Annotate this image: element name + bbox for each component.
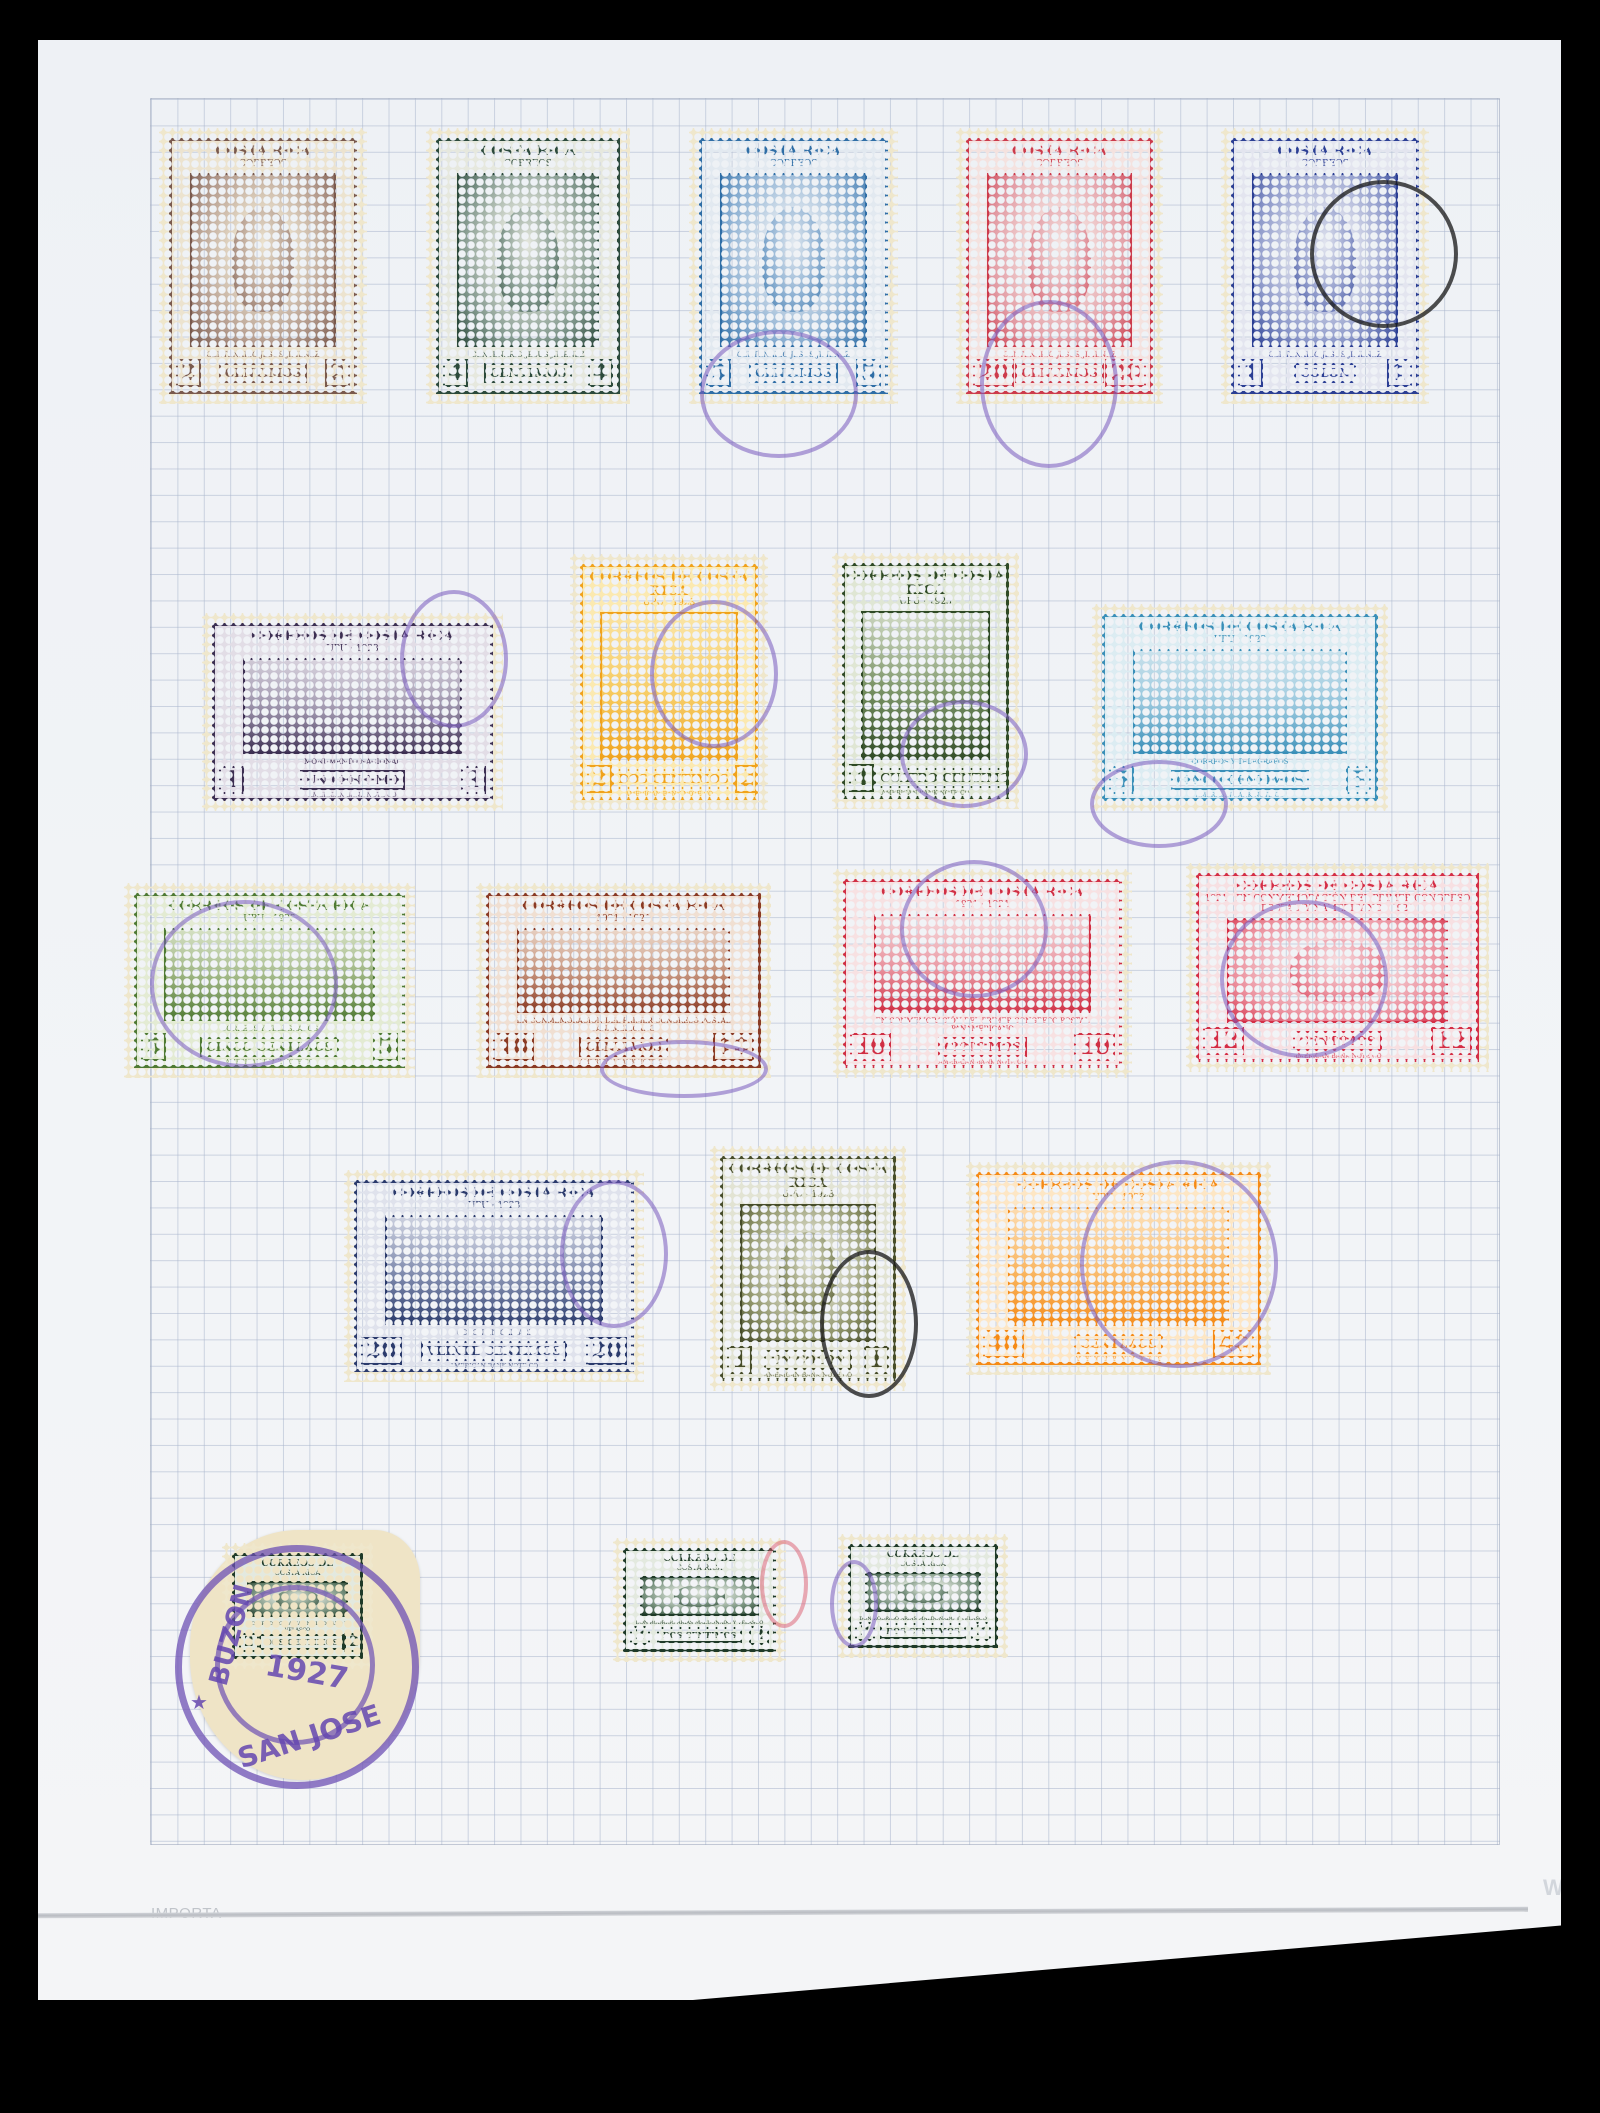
- stamp-subheader: UPU · 1923: [782, 1190, 835, 1200]
- stamp-value-row: 2 CENTIMOS 2: [172, 359, 354, 391]
- stamp-header: CORREOS DE COSTA RICA: [168, 896, 370, 914]
- stamp-header: CORREOS DE COSTA RICA: [1236, 876, 1438, 894]
- stamp-value: 12: [1431, 1027, 1472, 1055]
- stamp-caption: CORREOS Y TELEGRAFOS: [217, 1025, 322, 1033]
- stamp-subheader: CORREOS: [239, 159, 287, 169]
- stamp-subheader: UPU · 1923: [899, 597, 952, 607]
- stamp-vignette: [861, 611, 991, 760]
- stamp-subheader: 1921 · EN CONMEMORACIÓN DEL PRIMER CONGR…: [1199, 894, 1476, 914]
- stamp-frame: CORREOS DE COSTA RICA UPU · 1923 40 CENT…: [976, 1172, 1261, 1365]
- portrait-engraving: [497, 207, 558, 313]
- stamp-subheader: UPU · 1923: [326, 644, 379, 654]
- stamp-denomination: CÉNTIMOS: [579, 1037, 668, 1057]
- stamp-header: CORREOS DE: [664, 1551, 736, 1564]
- stamp-imprint: AMERICAN BANK NOTE CO: [583, 791, 755, 798]
- stamp-value: 5: [141, 1033, 166, 1061]
- stamp-header: CORREOS DE COSTA RICA: [522, 896, 724, 914]
- stamp-subheader: CORREOS: [504, 159, 552, 169]
- stamp-caption: CORREOS Y TELEGRAFOS: [1187, 758, 1292, 766]
- stamp-value: 2: [630, 1626, 650, 1645]
- stamp-frame: COSTA RICA CORREOS CENTENARIO JESUS JIME…: [1231, 138, 1419, 394]
- stamp-vignette: [1227, 918, 1447, 1023]
- stamp-frame: CORREOS DE COSTA RICA UPU · 1923 2 DOS C…: [580, 564, 758, 800]
- stamp-header: CORREOS DE COSTA RICA: [251, 626, 453, 644]
- stamp-vignette: [987, 173, 1132, 347]
- stamp-imprint: AMERICAN BANK NOTE CO: [137, 1059, 402, 1066]
- portrait-engraving: [1294, 207, 1356, 313]
- stamp-subheader: CORREOS: [770, 159, 818, 169]
- stamp-frame: CORREOS DE COSTA RICA UPU · 1923 4 CUATR…: [842, 563, 1009, 799]
- scene-engraving: [1010, 1209, 1228, 1324]
- stamp-value: 4: [849, 764, 874, 792]
- stamp-vignette: [740, 1204, 877, 1342]
- stamp-subheader: 1921 · 1921: [955, 900, 1009, 910]
- stamp-caption: CENTENARIO JESUS JIMENEZ: [733, 351, 854, 359]
- stamp-value: 2: [325, 359, 350, 387]
- stamp-header: CORREOS DE COSTA RICA: [723, 1159, 893, 1190]
- stamp-denomination: CINCO CENTIMOS: [200, 1037, 339, 1057]
- stamp-subheader: COSTA RICA: [900, 1560, 946, 1568]
- stamp-value: 2: [749, 1626, 769, 1645]
- stamp-value: 20: [586, 1337, 627, 1365]
- stamp-value: 40: [1213, 1330, 1254, 1358]
- stamp-frame: COSTA RICA CORREOS CENTENARIO JESUS JIME…: [699, 138, 888, 394]
- scene-engraving: [519, 930, 729, 1011]
- stamp-vignette: [1252, 173, 1398, 347]
- stamp-denomination: CÉNTIMOS: [938, 1037, 1027, 1057]
- stamp-5-cinco-centimos: CORREOS DE COSTA RICA UPU · 1923 CORREOS…: [1092, 604, 1388, 811]
- stamp-subheader: UPU · 1923: [1092, 1193, 1145, 1203]
- stamp-5-centimos: COSTA RICA CORREOS CENTENARIO JESUS JIME…: [689, 128, 898, 404]
- stamp-4-cuatro-centimos: CORREOS DE COSTA RICA UPU · 1923 4 CUATR…: [832, 553, 1019, 809]
- stamp-imprint: AMERICAN BANK NOTE CO: [489, 1059, 758, 1066]
- stamp-denomination: DOS CENTIMOS: [657, 1627, 743, 1643]
- stamp-header: CORREOS DE COSTA RICA: [393, 1183, 595, 1201]
- stamp-header: COSTA RICA: [1278, 141, 1373, 159]
- stamp-5-cinco-centimos: CORREOS DE COSTA RICA UPU · 1923 CORREOS…: [124, 883, 415, 1078]
- stamp-value: 20: [361, 1337, 402, 1365]
- stamp-denomination: CENTIMOS: [1015, 363, 1104, 383]
- stamp-vignette: [1008, 1207, 1230, 1326]
- stamp-1-un-colon: CORREOS DE COSTA RICA UPU · 1923 1 UN CO…: [710, 1146, 906, 1391]
- stamp-value: 10: [1074, 1033, 1115, 1061]
- stamp-imprint: AMERICAN BANK NOTE CO: [723, 1372, 893, 1379]
- stamp-value: 5: [1346, 766, 1371, 794]
- stamp-header: CORREOS DE COSTA RICA: [845, 566, 1006, 597]
- portrait-engraving: [1290, 939, 1385, 1002]
- stamp-frame: CORREOS DE COSTA RICA UPU · 1923 MONUMEN…: [212, 623, 493, 801]
- stamp-value: 1: [461, 766, 486, 794]
- stamp-value: 5: [1109, 766, 1134, 794]
- stamp-value: 2: [735, 765, 758, 793]
- stamp-subheader: UPU · 1923: [243, 914, 296, 924]
- stamp-value-row: 2 DOS CENTIMOS 2: [626, 1626, 773, 1649]
- scene-engraving: [1135, 651, 1346, 752]
- stamp-value: 20: [1105, 359, 1146, 387]
- stamp-12-céntimos: CORREOS DE COSTA RICA 1921 · EN CONMEMOR…: [1186, 863, 1489, 1072]
- stamp-caption: COLON EN CARIARI: [453, 1329, 536, 1337]
- stamp-frame: CORREOS DE COSTA RICA 1921 · 1921 EN CON…: [486, 893, 761, 1068]
- stamp-2-centimos: COSTA RICA CORREOS CENTENARIO JESUS JIME…: [159, 128, 367, 404]
- stamp-value: 2: [587, 765, 612, 793]
- stamp-value: 1: [1238, 359, 1263, 387]
- stamp-denomination: UN COLON: [764, 1350, 851, 1370]
- stamp-value: 40: [983, 1330, 1024, 1358]
- stamp-value-row: 1 COLON 1: [1234, 359, 1416, 391]
- stamp-subheader: UPU · 1923: [468, 1201, 521, 1211]
- stamp-value: 4: [588, 359, 613, 387]
- stamp-imprint: AMERICAN BANK NOTE CO: [979, 1356, 1258, 1363]
- stamp-subheader: CORREOS: [1301, 159, 1349, 169]
- portrait-engraving: [762, 207, 825, 313]
- stamp-subheader: COSTA RICA: [677, 1564, 723, 1572]
- stamp-value: 10: [850, 1033, 891, 1061]
- scene-engraving: [166, 930, 373, 1019]
- stamp-vignette: [385, 1215, 603, 1325]
- stamp-value: 10: [713, 1033, 754, 1061]
- portrait-engraving: [898, 1581, 947, 1603]
- stamp-vignette: [243, 658, 462, 754]
- stamp-value: 10: [493, 1033, 534, 1061]
- portrait-engraving: [674, 1585, 724, 1607]
- portrait-engraving: [1028, 207, 1090, 313]
- stamp-denomination: DOS CENTIMOS: [612, 769, 734, 789]
- stamp-frame: COSTA RICA CORREOS CENTENARIO JESUS JIME…: [966, 138, 1153, 394]
- scene-engraving: [876, 916, 1089, 1011]
- stamp-vignette: [190, 173, 336, 347]
- stamp-value-row: 4 CENTIMOS 4: [439, 359, 617, 391]
- stamp-2-dos-centimos: CORREOS DE COSTA RICA DON RODRIGO ARIAS …: [838, 1534, 1008, 1658]
- stamp-caption: CENTENARIO JESUS JIMENEZ: [999, 351, 1120, 359]
- stamp-value: 2: [971, 1622, 991, 1641]
- stamp-value: 1: [219, 766, 244, 794]
- stamp-value: 2: [855, 1622, 875, 1641]
- stamp-caption: MONUMENTO NACIONAL: [300, 758, 405, 766]
- stamp-vignette: [874, 914, 1091, 1013]
- stamp-20-centimos: COSTA RICA CORREOS CENTENARIO JESUS JIME…: [956, 128, 1163, 404]
- stamp-vignette: [517, 928, 731, 1013]
- stamp-imprint: AMERICAN BANK NOTE CO: [1199, 1053, 1476, 1060]
- stamp-value-row: 5 CENTIMOS 5: [702, 359, 885, 391]
- stamp-value: 1: [1387, 359, 1412, 387]
- stamp-imprint: AMERICAN BANK NOTE CO: [357, 1363, 631, 1370]
- stamp-header: CORREOS DE COSTA RICA: [583, 567, 755, 598]
- stamp-10-céntimos: CORREOS DE COSTA RICA 1921 · 1921 EN CON…: [476, 883, 771, 1078]
- stamp-subheader: CORREOS: [1036, 159, 1084, 169]
- stamp-value: 2: [176, 359, 201, 387]
- stamp-2-dos-centimos: CORREOS DE COSTA RICA DON RODRIGO ARIAS …: [613, 1538, 786, 1662]
- stamp-header: COSTA RICA: [1012, 141, 1107, 159]
- stamp-vignette: [1133, 649, 1348, 754]
- stamp-denomination: COLON: [1294, 363, 1356, 383]
- stamp-denomination: CUATRO CENTIMOS: [874, 768, 1009, 788]
- stamp-value: 4: [443, 359, 468, 387]
- stamp-frame: COSTA RICA CORREOS CENTENARIO JESUS JIME…: [436, 138, 620, 394]
- album-maker-logo: W: [1543, 1875, 1564, 1901]
- stamp-imprint: AMERICAN BANK NOTE CO: [845, 790, 1006, 797]
- stamp-frame: CORREOS DE COSTA RICA UPU · 1923 COLON E…: [354, 1180, 634, 1372]
- stamp-value: 12: [1203, 1027, 1244, 1055]
- stamp-caption: CENTENARIO JESUS JIMENEZ: [1264, 351, 1385, 359]
- stamp-frame: CORREOS DE COSTA RICA 1921 · 1921 EN CON…: [843, 879, 1122, 1068]
- stamp-value: 5: [856, 359, 881, 387]
- stamp-denomination: CENTIMOS: [749, 363, 838, 383]
- stamp-caption: EN CONMEMORACIÓN DEL PRIMER CONGRESO POS…: [846, 1017, 1119, 1033]
- stamp-header: CORREOS DE COSTA RICA: [881, 882, 1083, 900]
- stamp-header: CORREOS DE: [887, 1547, 959, 1560]
- stamp-subheader: 1921 · 1921: [596, 914, 650, 924]
- stamp-imprint: AMERICAN BANK NOTE CO: [215, 792, 490, 799]
- stamp-denomination: UN CENTIMO: [300, 770, 406, 790]
- stamp-caption: CENTENARIO JESUS JIMENEZ: [202, 351, 323, 359]
- stamp-value: 1: [864, 1346, 889, 1374]
- stamp-value: 20: [973, 359, 1014, 387]
- stamp-subheader: UPU · 1923: [643, 598, 696, 608]
- stamp-frame: CORREOS DE COSTA RICA UPU · 1923 CORREOS…: [134, 893, 405, 1068]
- stamp-vignette: [720, 173, 867, 347]
- scene-engraving: [245, 660, 460, 752]
- stamp-header: CORREOS DE COSTA RICA: [1017, 1175, 1219, 1193]
- stamp-value: 5: [706, 359, 731, 387]
- stamp-4-centimos: COSTA RICA CORREOS CENTENARIO JESUS JIME…: [426, 128, 630, 404]
- stamp-caption: EN CONMEMORACIÓN DEL PRIMER CONGRESO POS…: [489, 1017, 758, 1033]
- stamp-vignette: [164, 928, 375, 1021]
- stamp-header: COSTA RICA: [746, 141, 841, 159]
- stamp-denomination: CENTIMOS: [1074, 1334, 1163, 1354]
- stamp-1-colon: COSTA RICA CORREOS CENTENARIO JESUS JIME…: [1221, 128, 1429, 404]
- stamp-value: 1: [727, 1346, 752, 1374]
- stamp-20-veinte-centimos: CORREOS DE COSTA RICA UPU · 1923 COLON E…: [344, 1170, 644, 1382]
- stamp-10-céntimos: CORREOS DE COSTA RICA 1921 · 1921 EN CON…: [833, 869, 1132, 1078]
- stamp-frame: CORREOS DE COSTA RICA 1921 · EN CONMEMOR…: [1196, 873, 1479, 1062]
- stamp-2-dos-centimos: CORREOS DE COSTA RICA UPU · 1923 2 DOS C…: [570, 554, 768, 810]
- stamp-header: COSTA RICA: [216, 141, 311, 159]
- stamp-subheader: UPU · 1923: [1214, 635, 1267, 645]
- stamp-value: 5: [373, 1033, 398, 1061]
- stamp-vignette: [457, 173, 600, 347]
- stamp-frame: CORREOS DE COSTA RICA UPU · 1923 CORREOS…: [1102, 614, 1378, 801]
- stamp-header: COSTA RICA: [481, 141, 576, 159]
- stamp-denomination: CENTIMOS: [219, 363, 308, 383]
- stamp-vignette: [865, 1572, 981, 1611]
- stamp-imprint: AMERICAN BANK NOTE CO: [1105, 792, 1375, 799]
- portrait-engraving: [232, 207, 294, 313]
- stamp-frame: COSTA RICA CORREOS CENTENARIO JESUS JIME…: [169, 138, 357, 394]
- stamp-1-un-centimo: CORREOS DE COSTA RICA UPU · 1923 MONUMEN…: [202, 613, 503, 811]
- stamp-value-row: 2 DOS CENTIMOS 2: [851, 1622, 995, 1645]
- stamp-header: CORREOS DE COSTA RICA: [1139, 617, 1341, 635]
- stamp-40-centimos: CORREOS DE COSTA RICA UPU · 1923 40 CENT…: [966, 1162, 1271, 1375]
- stamp-denomination: CENTIMOS: [484, 363, 573, 383]
- portrait-engraving: [779, 1232, 837, 1315]
- scene-engraving: [602, 614, 736, 759]
- stamp-frame: CORREOS DE COSTA RICA DON RODRIGO ARIAS …: [848, 1544, 998, 1648]
- stamp-frame: CORREOS DE COSTA RICA UPU · 1923 1 UN CO…: [720, 1156, 896, 1381]
- stamp-denomination: CINCO CENTIMOS: [1171, 770, 1310, 790]
- postmark-star-icon: ★: [190, 1690, 208, 1714]
- stamp-vignette: [640, 1576, 759, 1615]
- stamp-imprint: AMERICAN BANK NOTE CO: [846, 1059, 1119, 1066]
- stamp-denomination: VEINTE CENTIMOS: [421, 1341, 567, 1361]
- stamp-caption: CENTENARIO JESUS JIMENEZ: [467, 351, 588, 359]
- stamp-denomination: CÉNTIMOS: [1293, 1031, 1382, 1051]
- scene-engraving: [387, 1217, 601, 1323]
- scene-engraving: [863, 613, 989, 758]
- stamp-value-row: 20 CENTIMOS 20: [969, 359, 1150, 391]
- stamp-denomination: DOS CENTIMOS: [880, 1623, 966, 1639]
- stamp-frame: CORREOS DE COSTA RICA DON RODRIGO ARIAS …: [623, 1548, 776, 1652]
- stamp-vignette: [600, 612, 738, 761]
